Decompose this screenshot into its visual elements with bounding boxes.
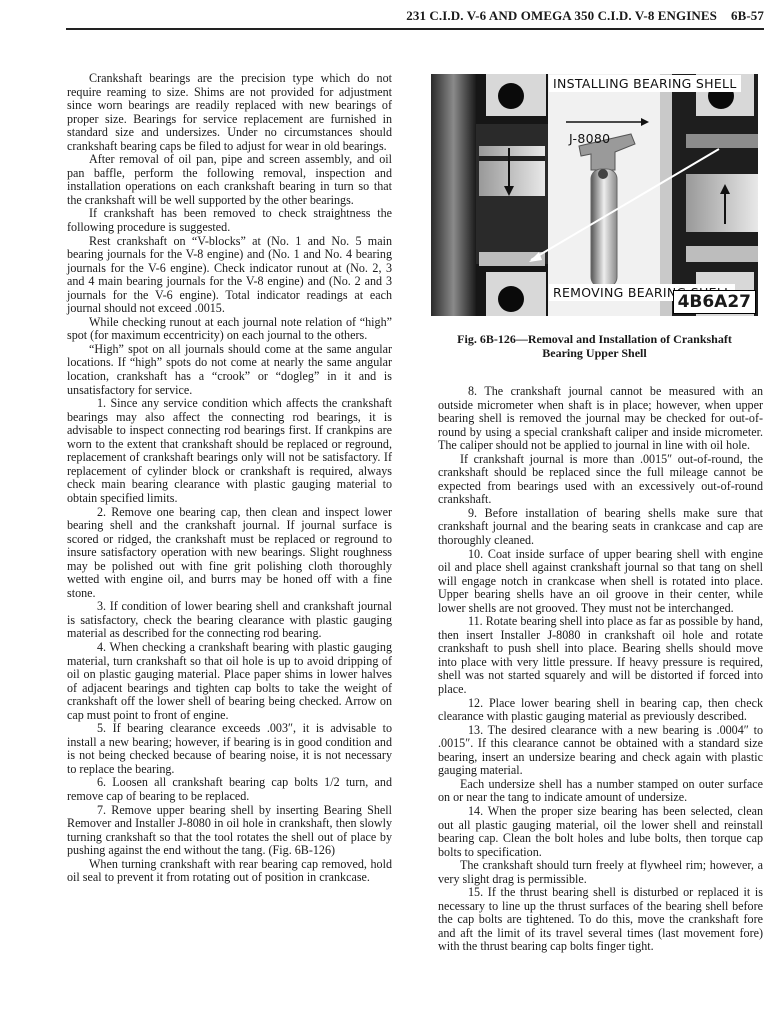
step-14: 14. When the proper size bearing has bee…: [438, 805, 763, 859]
paragraph: Each undersize shell has a number stampe…: [438, 778, 763, 805]
figure-code: 4B6A27: [673, 290, 756, 314]
running-head: 231 C.I.D. V-6 AND OMEGA 350 C.I.D. V-8 …: [406, 8, 764, 24]
header-title: 231 C.I.D. V-6 AND OMEGA 350 C.I.D. V-8 …: [406, 8, 717, 23]
step-5: 5. If bearing clearance exceeds .003″, i…: [67, 722, 392, 776]
bearing-shell-illustration: [431, 74, 758, 316]
paragraph: Rest crankshaft on “V-blocks” at (No. 1 …: [67, 235, 392, 316]
page-header: 231 C.I.D. V-6 AND OMEGA 350 C.I.D. V-8 …: [66, 6, 764, 30]
caption-line-1: Fig. 6B-126—Removal and Installation of …: [431, 333, 758, 347]
paragraph: When turning crankshaft with rear bearin…: [67, 858, 392, 885]
step-13: 13. The desired clearance with a new bea…: [438, 724, 763, 778]
label-installing-bearing-shell: INSTALLING BEARING SHELL: [549, 75, 741, 92]
step-3: 3. If condition of lower bearing shell a…: [67, 600, 392, 641]
label-tool-j8080: J-8080: [565, 130, 614, 147]
step-12: 12. Place lower bearing shell in bearing…: [438, 697, 763, 724]
paragraph: Crankshaft bearings are the precision ty…: [67, 72, 392, 153]
step-1: 1. Since any service condition which aff…: [67, 397, 392, 505]
step-6: 6. Loosen all crankshaft bearing cap bol…: [67, 776, 392, 803]
paragraph: While checking runout at each journal no…: [67, 316, 392, 343]
step-2: 2. Remove one bearing cap, then clean an…: [67, 506, 392, 601]
step-15: 15. If the thrust bearing shell is distu…: [438, 886, 763, 954]
page-number: 6B-57: [731, 8, 764, 23]
step-7: 7. Remove upper bearing shell by inserti…: [67, 804, 392, 858]
step-9: 9. Before installation of bearing shells…: [438, 507, 763, 548]
right-column: 8. The crankshaft journal cannot be meas…: [438, 385, 763, 954]
paragraph: “High” spot on all journals should come …: [67, 343, 392, 397]
step-10: 10. Coat inside surface of upper bearing…: [438, 548, 763, 616]
paragraph: After removal of oil pan, pipe and scree…: [67, 153, 392, 207]
left-column: Crankshaft bearings are the precision ty…: [67, 72, 392, 885]
paragraph: The crankshaft should turn freely at fly…: [438, 859, 763, 886]
step-4: 4. When checking a crankshaft bearing wi…: [67, 641, 392, 722]
figure-bearing-shell-photo: INSTALLING BEARING SHELL J-8080 REMOVING…: [431, 74, 758, 316]
figure-caption: Fig. 6B-126—Removal and Installation of …: [431, 333, 758, 360]
step-11: 11. Rotate bearing shell into place as f…: [438, 615, 763, 696]
step-8: 8. The crankshaft journal cannot be meas…: [438, 385, 763, 453]
paragraph: If crankshaft has been removed to check …: [67, 207, 392, 234]
caption-line-2: Bearing Upper Shell: [431, 347, 758, 361]
paragraph: If crankshaft journal is more than .0015…: [438, 453, 763, 507]
